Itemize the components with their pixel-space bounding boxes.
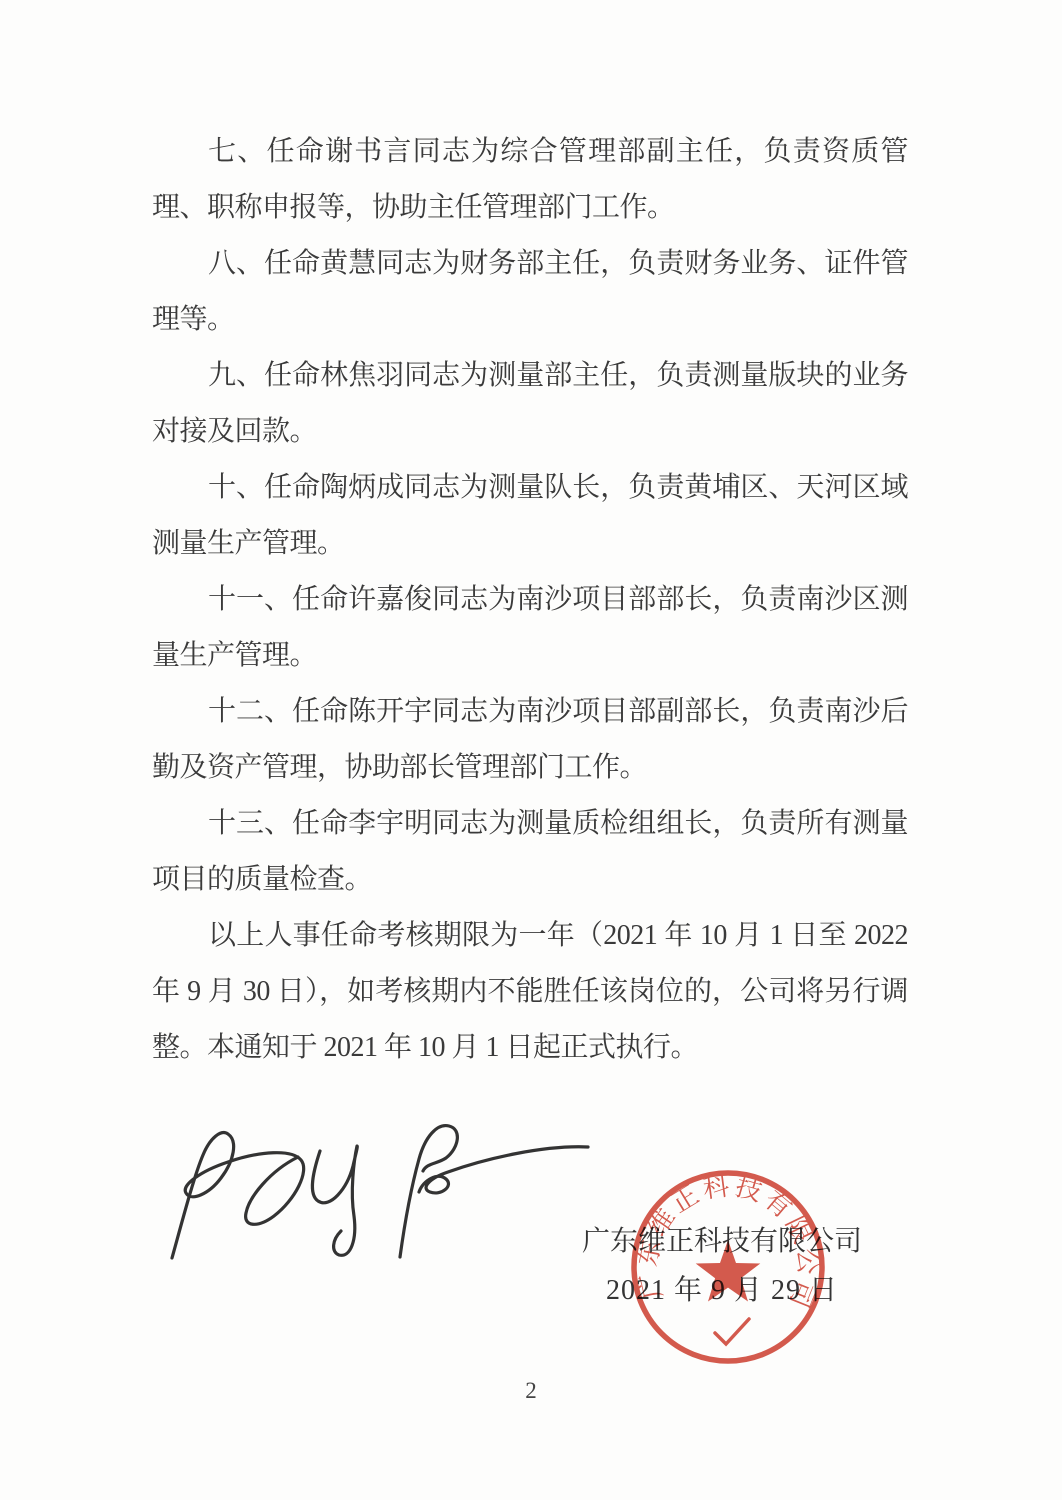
paragraph-closing: 以上人事任命考核期限为一年（2021 年 10 月 1 日至 2022 年 9 … — [152, 908, 908, 1076]
paragraph-12: 十二、任命陈开宇同志为南沙项目部副部长，负责南沙后勤及资产管理，协助部长管理部门… — [152, 684, 908, 796]
seal-check-mark — [715, 1319, 749, 1344]
seal-star-icon — [696, 1240, 761, 1302]
paragraph-8: 八、任命黄慧同志为财务部主任，负责财务业务、证件管理等。 — [152, 236, 908, 348]
paragraph-10: 十、任命陶炳成同志为测量队长，负责黄埔区、天河区域测量生产管理。 — [152, 460, 908, 572]
paragraph-7: 七、任命谢书言同志为综合管理部副主任，负责资质管理、职称申报等，协助主任管理部门… — [152, 124, 908, 236]
paragraph-13: 十三、任命李宇明同志为测量质检组组长，负责所有测量项目的质量检查。 — [152, 796, 908, 908]
company-seal-stamp: 广东维正科技有限公司 — [622, 1161, 834, 1373]
document-body: 七、任命谢书言同志为综合管理部副主任，负责资质管理、职称申报等，协助主任管理部门… — [152, 124, 908, 1076]
document-page: 七、任命谢书言同志为综合管理部副主任，负责资质管理、职称申报等，协助主任管理部门… — [0, 0, 1062, 1500]
page-number: 2 — [0, 1378, 1062, 1404]
paragraph-11: 十一、任命许嘉俊同志为南沙项目部部长，负责南沙区测量生产管理。 — [152, 572, 908, 684]
paragraph-9: 九、任命林焦羽同志为测量部主任，负责测量版块的业务对接及回款。 — [152, 348, 908, 460]
handwritten-signature — [150, 1096, 610, 1270]
